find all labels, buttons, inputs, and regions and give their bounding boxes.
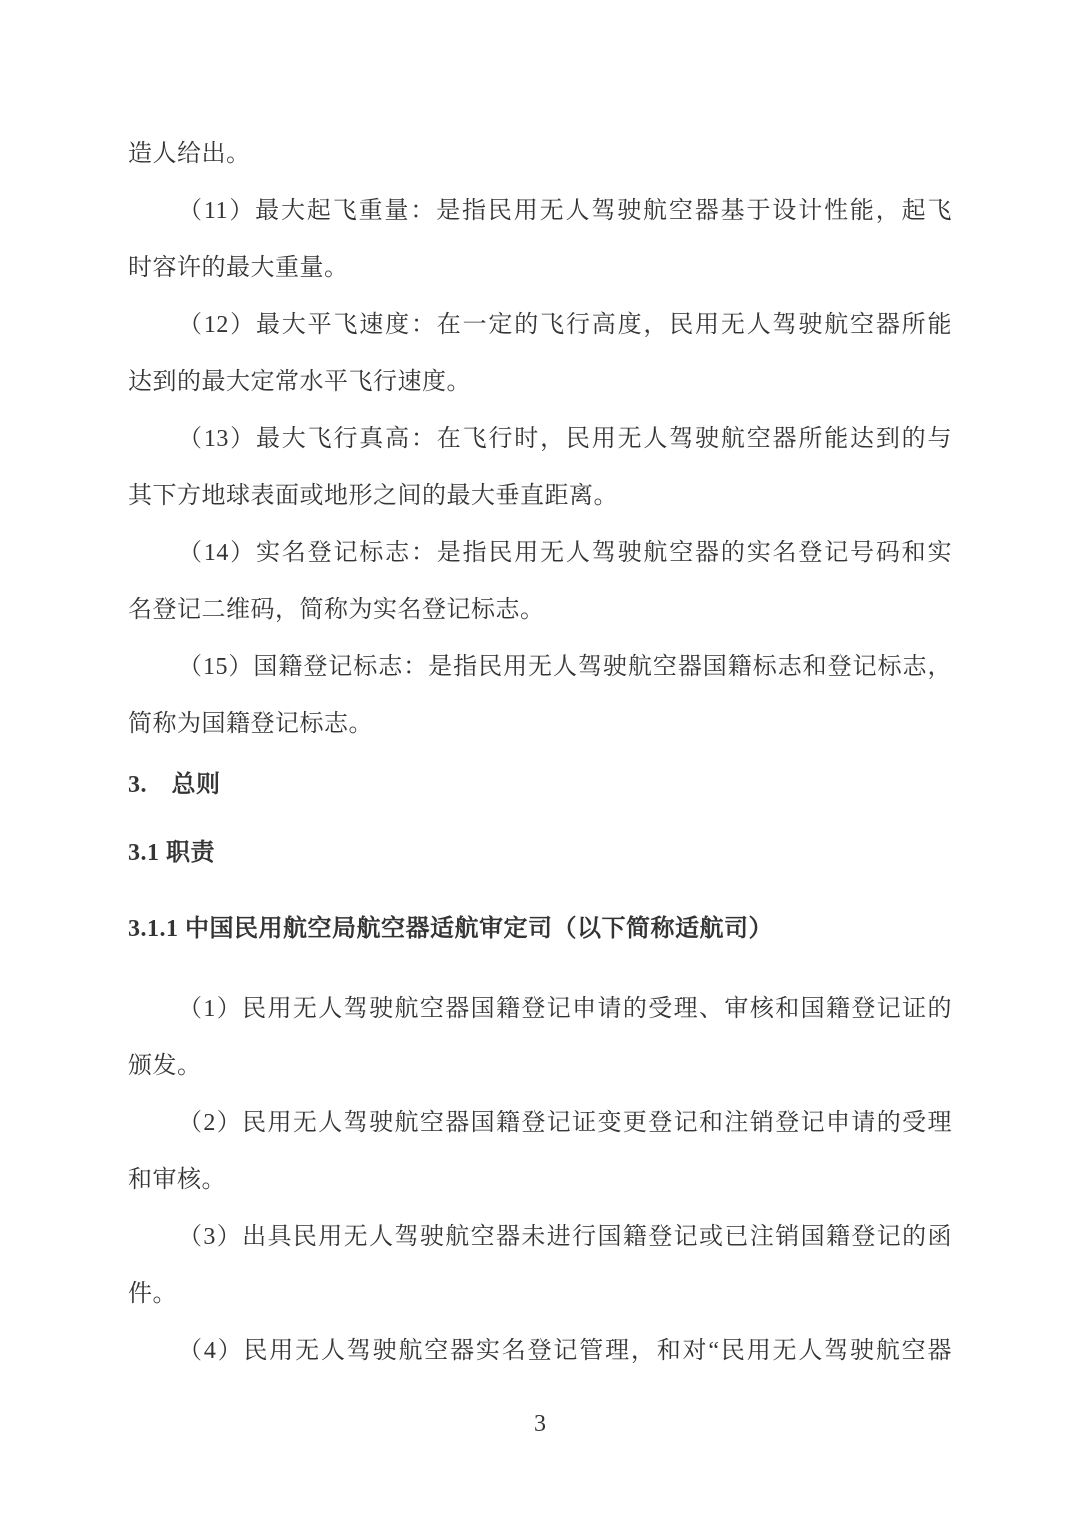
- text-line: （2）民用无人驾驶航空器国籍登记证变更登记和注销登记申请的受理: [128, 1095, 952, 1152]
- heading-duties: 3.1 职责: [128, 825, 952, 882]
- text-line: 名登记二维码，简称为实名登记标志。: [128, 582, 952, 639]
- page-content: 造人给出。 （11）最大起飞重量：是指民用无人驾驶航空器基于设计性能，起飞 时容…: [0, 0, 1080, 1453]
- list-item-2: （2）民用无人驾驶航空器国籍登记证变更登记和注销登记申请的受理 和审核。: [128, 1095, 952, 1209]
- text-line: 造人给出。: [128, 126, 952, 183]
- list-item-3: （3）出具民用无人驾驶航空器未进行国籍登记或已注销国籍登记的函 件。: [128, 1209, 952, 1323]
- heading-general-provisions: 3. 总则: [128, 757, 952, 814]
- text-line: 颁发。: [128, 1038, 952, 1095]
- text-line: （14）实名登记标志：是指民用无人驾驶航空器的实名登记号码和实: [128, 525, 952, 582]
- list-item-1: （1）民用无人驾驶航空器国籍登记申请的受理、审核和国籍登记证的 颁发。: [128, 981, 952, 1095]
- text-line: （1）民用无人驾驶航空器国籍登记申请的受理、审核和国籍登记证的: [128, 981, 952, 1038]
- text-line: 时容许的最大重量。: [128, 240, 952, 297]
- list-item-4: （4）民用无人驾驶航空器实名登记管理，和对“民用无人驾驶航空器: [128, 1323, 952, 1380]
- definition-item-11: （11）最大起飞重量：是指民用无人驾驶航空器基于设计性能，起飞 时容许的最大重量…: [128, 183, 952, 297]
- text-line: 件。: [128, 1266, 952, 1323]
- text-line: （3）出具民用无人驾驶航空器未进行国籍登记或已注销国籍登记的函: [128, 1209, 952, 1266]
- definition-item-12: （12）最大平飞速度：在一定的飞行高度，民用无人驾驶航空器所能 达到的最大定常水…: [128, 297, 952, 411]
- definition-item-13: （13）最大飞行真高：在飞行时，民用无人驾驶航空器所能达到的与 其下方地球表面或…: [128, 411, 952, 525]
- paragraph-continuation: 造人给出。: [128, 126, 952, 183]
- document-page: 造人给出。 （11）最大起飞重量：是指民用无人驾驶航空器基于设计性能，起飞 时容…: [0, 0, 1080, 1527]
- page-number: 3: [128, 1396, 952, 1453]
- text-line: 其下方地球表面或地形之间的最大垂直距离。: [128, 468, 952, 525]
- text-line: 简称为国籍登记标志。: [128, 696, 952, 753]
- text-line: 达到的最大定常水平飞行速度。: [128, 354, 952, 411]
- text-line: （4）民用无人驾驶航空器实名登记管理，和对“民用无人驾驶航空器: [128, 1323, 952, 1380]
- text-line: （13）最大飞行真高：在飞行时，民用无人驾驶航空器所能达到的与: [128, 411, 952, 468]
- heading-airworthiness-department: 3.1.1 中国民用航空局航空器适航审定司（以下简称适航司）: [128, 901, 952, 958]
- text-line: 和审核。: [128, 1152, 952, 1209]
- definition-item-14: （14）实名登记标志：是指民用无人驾驶航空器的实名登记号码和实 名登记二维码，简…: [128, 525, 952, 639]
- text-line: （12）最大平飞速度：在一定的飞行高度，民用无人驾驶航空器所能: [128, 297, 952, 354]
- text-line: （15）国籍登记标志：是指民用无人驾驶航空器国籍标志和登记标志，: [128, 639, 952, 696]
- definition-item-15: （15）国籍登记标志：是指民用无人驾驶航空器国籍标志和登记标志， 简称为国籍登记…: [128, 639, 952, 753]
- text-line: （11）最大起飞重量：是指民用无人驾驶航空器基于设计性能，起飞: [128, 183, 952, 240]
